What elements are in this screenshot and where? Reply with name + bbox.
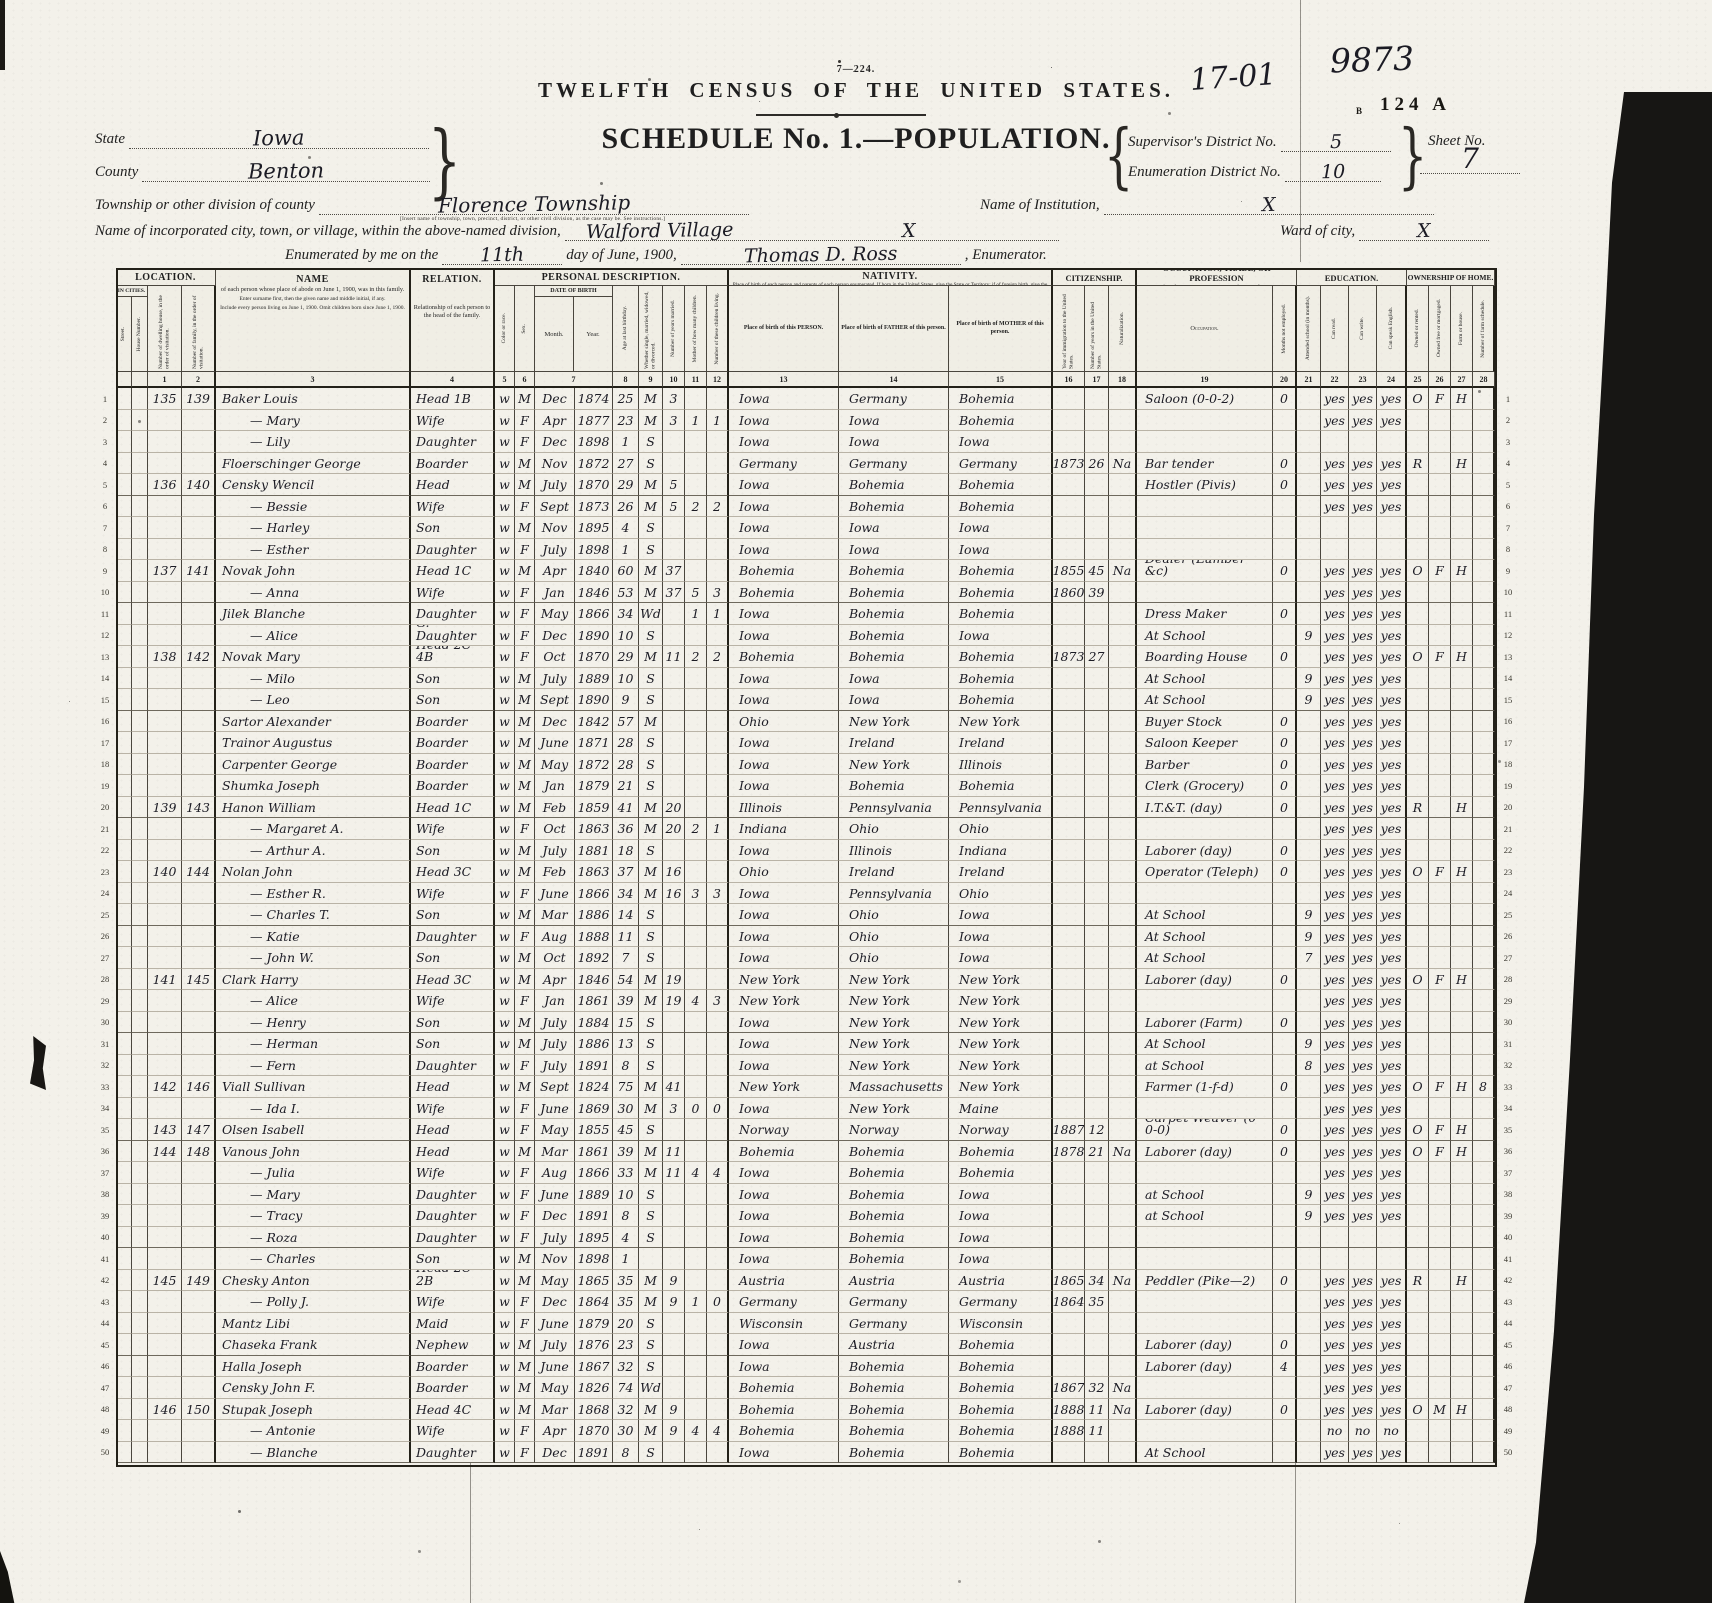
cell-house-number — [132, 668, 148, 690]
cell-color: w — [495, 1270, 515, 1292]
cell-dwelling — [148, 1227, 182, 1249]
cell-can-write: yes — [1349, 603, 1377, 625]
cell-birth-month: July — [535, 1227, 575, 1249]
cell-can-english — [1377, 517, 1407, 539]
cell-sex: M — [515, 754, 535, 776]
cell-pob-person: Bohemia — [729, 1377, 839, 1399]
cell-pob-father: Bohemia — [839, 1420, 949, 1442]
cell-free-mortgaged — [1429, 517, 1451, 539]
cell-immigration-year — [1053, 1356, 1085, 1378]
cell-family: 140 — [182, 474, 216, 496]
cell-farm-house — [1451, 668, 1473, 690]
line-number-left: 34 — [94, 1098, 116, 1120]
cell-marital: M — [639, 818, 663, 840]
line-number-right: 7 — [1495, 517, 1521, 539]
cell-family: 150 — [182, 1399, 216, 1421]
cell-birth-year: 1895 — [575, 1227, 613, 1249]
cell-owned-rented: R — [1407, 1270, 1429, 1292]
cell-children-living — [707, 388, 729, 410]
cell-mother-of: 0 — [685, 1098, 707, 1120]
cell-occupation — [1137, 496, 1273, 518]
line-number-left: 4 — [94, 453, 116, 475]
sheet-line: 7 — [1420, 152, 1520, 174]
line-number-left: 15 — [94, 689, 116, 711]
cell-age: 8 — [613, 1442, 639, 1464]
cell-can-write — [1349, 1227, 1377, 1249]
cell-pob-mother: Bohemia — [949, 1420, 1053, 1442]
enumeration-district-row: Enumeration District No. 10 — [1128, 163, 1381, 182]
cell-birth-month: June — [535, 1098, 575, 1120]
cell-color: w — [495, 668, 515, 690]
cell-pob-person: Iowa — [729, 539, 839, 561]
cell-free-mortgaged — [1429, 689, 1451, 711]
cell-can-english — [1377, 1248, 1407, 1270]
cell-pob-mother: Iowa — [949, 1227, 1053, 1249]
cell-pob-father: Bohemia — [839, 1141, 949, 1163]
cell-years-us — [1085, 431, 1109, 453]
cell-naturalization — [1109, 1012, 1137, 1034]
cell-naturalization — [1109, 1033, 1137, 1055]
cell-pob-mother: Iowa — [949, 539, 1053, 561]
cell-can-write: yes — [1349, 904, 1377, 926]
cell-birth-year: 1898 — [575, 431, 613, 453]
cell-occupation — [1137, 582, 1273, 604]
cell-months-unemployed: 0 — [1273, 797, 1297, 819]
cell-years-married — [663, 453, 685, 475]
cell-occupation: at School — [1137, 1055, 1273, 1077]
cell-name: Censky Wencil — [216, 474, 411, 496]
cell-children-living: 2 — [707, 496, 729, 518]
cell-years-us: 27 — [1085, 646, 1109, 668]
cell-color: w — [495, 840, 515, 862]
cell-pob-mother: New York — [949, 1012, 1053, 1034]
cell-naturalization — [1109, 668, 1137, 690]
cell-street — [116, 1162, 132, 1184]
cell-months-unemployed — [1273, 582, 1297, 604]
cell-immigration-year — [1053, 625, 1085, 647]
state-value: Iowa — [253, 133, 305, 144]
city-value: Walford Village — [586, 225, 734, 238]
line-number-right: 35 — [1495, 1119, 1521, 1141]
cell-dwelling — [148, 818, 182, 840]
cell-color: w — [495, 1356, 515, 1378]
cell-farm-house: H — [1451, 646, 1473, 668]
cell-pob-person: Iowa — [729, 732, 839, 754]
cell-dwelling — [148, 1184, 182, 1206]
ward-row: Ward of city, X — [1280, 222, 1489, 241]
line-number-left: 17 — [94, 732, 116, 754]
cell-naturalization: Na — [1109, 1399, 1137, 1421]
cell-free-mortgaged: F — [1429, 1141, 1451, 1163]
cell-dwelling — [148, 625, 182, 647]
cell-children-living — [707, 1248, 729, 1270]
cell-school-months: 9 — [1297, 926, 1321, 948]
cell-can-read — [1321, 1248, 1349, 1270]
cell-can-english: yes — [1377, 1291, 1407, 1313]
cell-street — [116, 732, 132, 754]
cell-free-mortgaged — [1429, 883, 1451, 905]
cell-farm-house: H — [1451, 388, 1473, 410]
cell-years-married — [663, 668, 685, 690]
cell-family — [182, 1012, 216, 1034]
cell-school-months — [1297, 582, 1321, 604]
line-number-left: 24 — [94, 883, 116, 905]
cell-farm-house — [1451, 775, 1473, 797]
line-number-right: 36 — [1495, 1141, 1521, 1163]
cell-immigration-year — [1053, 1227, 1085, 1249]
cell-relation: Daughter — [411, 1227, 495, 1249]
cell-birth-month: July — [535, 1012, 575, 1034]
cell-pob-father: New York — [839, 754, 949, 776]
cell-years-us — [1085, 926, 1109, 948]
cell-birth-year: 1842 — [575, 711, 613, 733]
cell-marital: S — [639, 453, 663, 475]
cell-school-months — [1297, 496, 1321, 518]
cell-mother-of: 1 — [685, 603, 707, 625]
cell-birth-year: 1889 — [575, 668, 613, 690]
cell-children-living: 1 — [707, 410, 729, 432]
cell-occupation: Buyer Stock — [1137, 711, 1273, 733]
cell-sex: M — [515, 1356, 535, 1378]
cell-farm-schedule — [1473, 947, 1495, 969]
cell-can-read: yes — [1321, 883, 1349, 905]
marital-column-header: Whether single, married, widowed, or div… — [639, 286, 663, 372]
cell-family — [182, 517, 216, 539]
cell-farm-schedule — [1473, 1420, 1495, 1442]
cell-birth-year: 1877 — [575, 410, 613, 432]
cell-relation: Son — [411, 517, 495, 539]
cell-house-number — [132, 1248, 148, 1270]
cell-pob-mother: Bohemia — [949, 582, 1053, 604]
cell-house-number — [132, 1313, 148, 1335]
cell-can-english: yes — [1377, 1442, 1407, 1464]
cell-can-read: yes — [1321, 926, 1349, 948]
cell-family: 141 — [182, 560, 216, 582]
line-number-left: 19 — [94, 775, 116, 797]
cell-can-write: yes — [1349, 947, 1377, 969]
cell-relation: Head 2C 2B — [411, 1270, 495, 1292]
column-number-18: 18 — [1109, 372, 1137, 388]
cell-relation: Son — [411, 840, 495, 862]
enumeration-district-line: 10 — [1285, 163, 1381, 182]
cell-name: Censky John F. — [216, 1377, 411, 1399]
cell-birth-year: 1865 — [575, 1270, 613, 1292]
cell-can-english: yes — [1377, 926, 1407, 948]
cell-can-read: yes — [1321, 474, 1349, 496]
cell-farm-house — [1451, 1162, 1473, 1184]
cell-occupation: Hostler (Pivis) — [1137, 474, 1273, 496]
cell-name: — Esther R. — [216, 883, 411, 905]
months-unemployed-column-header: Months not employed. — [1273, 286, 1297, 372]
cell-farm-schedule — [1473, 689, 1495, 711]
handwritten-mark-right: 9873 — [1329, 39, 1414, 81]
township-value: Florence Township — [438, 197, 630, 210]
cell-dwelling: 135 — [148, 388, 182, 410]
cell-years-married: 9 — [663, 1270, 685, 1292]
cell-naturalization — [1109, 990, 1137, 1012]
cell-family — [182, 496, 216, 518]
line-number-left: 23 — [94, 861, 116, 883]
cell-mother-of — [685, 1248, 707, 1270]
cell-sex: M — [515, 797, 535, 819]
cell-pob-mother: Indiana — [949, 840, 1053, 862]
cell-children-living — [707, 668, 729, 690]
cell-pob-father: Bohemia — [839, 1356, 949, 1378]
cell-color: w — [495, 1291, 515, 1313]
cell-can-english: yes — [1377, 775, 1407, 797]
cell-years-married — [663, 732, 685, 754]
cell-years-married — [663, 603, 685, 625]
cell-color: w — [495, 732, 515, 754]
cell-color: w — [495, 1033, 515, 1055]
cell-can-english: yes — [1377, 625, 1407, 647]
cell-marital: S — [639, 926, 663, 948]
cell-age: 21 — [613, 775, 639, 797]
ward-line: X — [1359, 222, 1489, 241]
cell-years-us — [1085, 732, 1109, 754]
cell-pob-person: Iowa — [729, 947, 839, 969]
line-number-left: 41 — [94, 1248, 116, 1270]
cell-can-english: yes — [1377, 668, 1407, 690]
cell-name: Novak Mary — [216, 646, 411, 668]
cell-immigration-year — [1053, 947, 1085, 969]
cell-farm-house — [1451, 1313, 1473, 1335]
cell-children-living — [707, 775, 729, 797]
cell-school-months — [1297, 732, 1321, 754]
cell-farm-house — [1451, 1012, 1473, 1034]
cell-color: w — [495, 818, 515, 840]
cell-mother-of — [685, 1184, 707, 1206]
cell-dwelling — [148, 1291, 182, 1313]
cell-family — [182, 1227, 216, 1249]
cell-age: 23 — [613, 410, 639, 432]
cell-owned-rented: R — [1407, 453, 1429, 475]
cell-relation: Head 1B — [411, 388, 495, 410]
cell-school-months: 7 — [1297, 947, 1321, 969]
cell-immigration-year — [1053, 1313, 1085, 1335]
cell-birth-year: 1886 — [575, 1033, 613, 1055]
cell-farm-schedule — [1473, 883, 1495, 905]
column-number-5: 5 — [495, 372, 515, 388]
cell-dwelling — [148, 410, 182, 432]
cell-months-unemployed — [1273, 1248, 1297, 1270]
cell-occupation: Saloon (0-0-2) — [1137, 388, 1273, 410]
cell-months-unemployed — [1273, 1377, 1297, 1399]
cell-pob-mother: Iowa — [949, 947, 1053, 969]
line-number-right: 20 — [1495, 797, 1521, 819]
cell-can-read — [1321, 431, 1349, 453]
cell-relation: Daughter — [411, 539, 495, 561]
cell-farm-house: H — [1451, 1076, 1473, 1098]
cell-school-months — [1297, 1098, 1321, 1120]
cell-occupation: Saloon Keeper — [1137, 732, 1273, 754]
cell-months-unemployed: 0 — [1273, 1141, 1297, 1163]
cell-occupation: Farmer (1-f-d) — [1137, 1076, 1273, 1098]
cell-birth-year: 1866 — [575, 883, 613, 905]
cell-immigration-year — [1053, 1012, 1085, 1034]
cell-color: w — [495, 1055, 515, 1077]
cell-street — [116, 1377, 132, 1399]
cell-age: 35 — [613, 1270, 639, 1292]
enumerated-day: 11th — [480, 250, 524, 261]
cell-years-married: 20 — [663, 797, 685, 819]
cell-relation: Boarder — [411, 711, 495, 733]
supervisor-district-label: Supervisor's District No. — [1128, 134, 1277, 150]
cell-birth-year: 1890 — [575, 625, 613, 647]
cell-naturalization — [1109, 1205, 1137, 1227]
cell-street — [116, 1076, 132, 1098]
cell-color: w — [495, 1141, 515, 1163]
cell-name: — Katie — [216, 926, 411, 948]
cell-owned-rented — [1407, 517, 1429, 539]
cell-can-write: yes — [1349, 775, 1377, 797]
cell-street — [116, 1313, 132, 1335]
cell-school-months — [1297, 431, 1321, 453]
cell-owned-rented — [1407, 1248, 1429, 1270]
cell-naturalization — [1109, 1076, 1137, 1098]
cell-name: — Henry — [216, 1012, 411, 1034]
cell-street — [116, 1356, 132, 1378]
cell-pob-mother: Bohemia — [949, 410, 1053, 432]
cell-naturalization — [1109, 1313, 1137, 1335]
cell-school-months — [1297, 775, 1321, 797]
cell-relation: Head — [411, 1141, 495, 1163]
cell-marital: S — [639, 775, 663, 797]
cell-can-write: yes — [1349, 861, 1377, 883]
cell-sex: M — [515, 1012, 535, 1034]
cell-farm-house — [1451, 1291, 1473, 1313]
cell-immigration-year — [1053, 861, 1085, 883]
cell-free-mortgaged — [1429, 947, 1451, 969]
cell-age: 14 — [613, 904, 639, 926]
cell-house-number — [132, 732, 148, 754]
cell-birth-month: Sept — [535, 689, 575, 711]
cell-house-number — [132, 818, 148, 840]
cell-marital: S — [639, 904, 663, 926]
cell-sex: F — [515, 818, 535, 840]
cell-pob-person: Iowa — [729, 689, 839, 711]
cell-relation: Wife — [411, 496, 495, 518]
farm-house-column-header: Farm or house. — [1451, 286, 1473, 372]
cell-street — [116, 496, 132, 518]
cell-relation: Head 1C — [411, 797, 495, 819]
cell-months-unemployed — [1273, 818, 1297, 840]
cell-sex: F — [515, 1119, 535, 1141]
cell-color: w — [495, 388, 515, 410]
cell-can-english — [1377, 431, 1407, 453]
institution-value: X — [1262, 200, 1276, 210]
cell-name: — Herman — [216, 1033, 411, 1055]
cell-pob-mother: Austria — [949, 1270, 1053, 1292]
cell-age: 34 — [613, 603, 639, 625]
cell-birth-year: 1881 — [575, 840, 613, 862]
cell-school-months — [1297, 560, 1321, 582]
city-line: Walford Village — [565, 222, 755, 241]
cell-age: 11 — [613, 926, 639, 948]
line-number-left: 8 — [94, 539, 116, 561]
cell-birth-month: May — [535, 1119, 575, 1141]
cell-can-read: yes — [1321, 969, 1349, 991]
cell-family: 144 — [182, 861, 216, 883]
cell-pob-mother: Iowa — [949, 926, 1053, 948]
cell-birth-year: 1859 — [575, 797, 613, 819]
cell-months-unemployed — [1273, 1184, 1297, 1206]
cell-age: 8 — [613, 1055, 639, 1077]
cell-free-mortgaged — [1429, 474, 1451, 496]
cell-farm-schedule — [1473, 1248, 1495, 1270]
cell-can-read: yes — [1321, 797, 1349, 819]
cell-name: Chesky Anton — [216, 1270, 411, 1292]
cell-color: w — [495, 990, 515, 1012]
cell-years-married — [663, 1313, 685, 1335]
cell-farm-house — [1451, 1184, 1473, 1206]
cell-months-unemployed: 0 — [1273, 1076, 1297, 1098]
cell-free-mortgaged — [1429, 840, 1451, 862]
state-line: Iowa — [129, 130, 429, 149]
cell-naturalization — [1109, 732, 1137, 754]
cell-occupation: Laborer (day) — [1137, 969, 1273, 991]
cell-occupation — [1137, 883, 1273, 905]
form-number: 7—224. — [0, 64, 1712, 75]
cell-farm-schedule — [1473, 1033, 1495, 1055]
cell-farm-house — [1451, 883, 1473, 905]
cell-pob-father: New York — [839, 990, 949, 1012]
cell-color: w — [495, 775, 515, 797]
county-value: Benton — [248, 165, 324, 176]
cell-free-mortgaged — [1429, 668, 1451, 690]
line-number-left: 12 — [94, 625, 116, 647]
cell-free-mortgaged — [1429, 625, 1451, 647]
cell-name: Carpenter George — [216, 754, 411, 776]
cell-months-unemployed — [1273, 668, 1297, 690]
cell-occupation — [1137, 517, 1273, 539]
cell-street — [116, 1205, 132, 1227]
cell-farm-schedule — [1473, 1205, 1495, 1227]
cell-pob-person: Iowa — [729, 1162, 839, 1184]
cell-farm-house: H — [1451, 1399, 1473, 1421]
cell-farm-house — [1451, 711, 1473, 733]
cell-school-months — [1297, 1377, 1321, 1399]
cell-relation: Daughter — [411, 1055, 495, 1077]
line-number-right: 32 — [1495, 1055, 1521, 1077]
cell-months-unemployed: 0 — [1273, 388, 1297, 410]
cell-pob-father: Bohemia — [839, 582, 949, 604]
cell-occupation — [1137, 990, 1273, 1012]
line-number-right: 48 — [1495, 1399, 1521, 1421]
line-number-left: 11 — [94, 603, 116, 625]
cell-color: w — [495, 861, 515, 883]
cell-farm-schedule — [1473, 668, 1495, 690]
cell-can-read: no — [1321, 1420, 1349, 1442]
supervisor-district-row: Supervisor's District No. 5 — [1128, 133, 1391, 152]
cell-sex: M — [515, 1076, 535, 1098]
cell-street — [116, 1270, 132, 1292]
cell-birth-year: 1872 — [575, 453, 613, 475]
cell-family: 145 — [182, 969, 216, 991]
cell-immigration-year: 1873 — [1053, 453, 1085, 475]
cell-children-living: 1 — [707, 818, 729, 840]
cell-family — [182, 732, 216, 754]
cell-immigration-year — [1053, 1248, 1085, 1270]
cell-months-unemployed: 0 — [1273, 1334, 1297, 1356]
cell-can-read: yes — [1321, 1399, 1349, 1421]
cell-months-unemployed — [1273, 883, 1297, 905]
city-line2: X — [759, 222, 1059, 241]
line-number-left: 7 — [94, 517, 116, 539]
cell-can-write: yes — [1349, 711, 1377, 733]
cell-school-months — [1297, 1248, 1321, 1270]
cell-years-married — [663, 517, 685, 539]
